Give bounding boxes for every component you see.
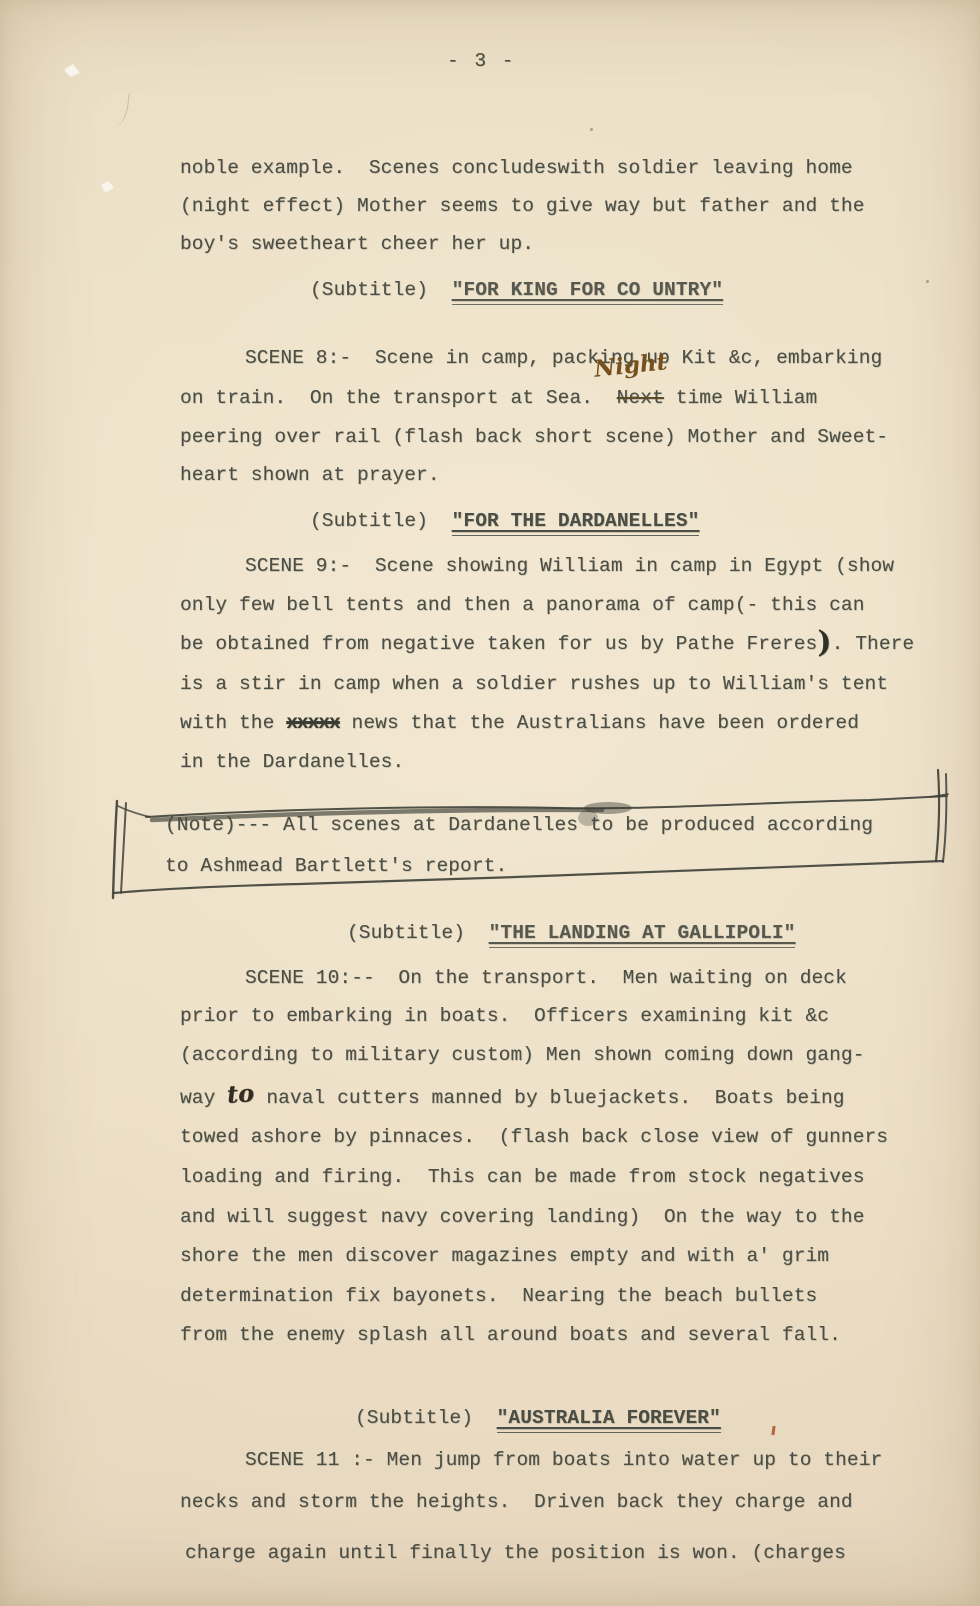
note-line: (Note)--- All scenes at Dardanelles to b… [165,812,873,838]
faint-pencil-mark [111,91,129,126]
typed-line: noble example. Scenes concludeswith sold… [180,155,853,181]
typed-text: with the [180,712,286,734]
typed-line: determination fix bayonets. Nearing the … [180,1283,817,1309]
subtitle-label: (Subtitle) [355,1407,497,1429]
note-line: to Ashmead Bartlett's report. [165,853,507,879]
typed-text: . There [832,633,915,655]
typed-line: only few bell tents and then a panorama … [180,592,865,618]
typed-line: (night effect) Mother seems to give way … [180,193,865,219]
typed-line: shore the men discover magazines empty a… [180,1243,829,1269]
typed-line: boy's sweetheart cheer her up. [180,231,534,257]
typed-line: with the xxxxx news that the Australians… [180,710,859,736]
scene-heading-line: SCENE 10:-- On the transport. Men waitin… [245,965,847,991]
handwritten-paren-mark: ) [817,638,831,648]
paper-chip-mark [64,64,80,77]
handwritten-to-annotation: to [226,1080,255,1108]
scene-heading-line: SCENE 11 :- Men jump from boats into wat… [245,1447,882,1473]
red-ink-speck [771,1426,775,1435]
subtitle-title: "AUSTRALIA FOREVER" [497,1405,721,1433]
scene-heading-line: SCENE 8:- Scene in camp, packing up Kit … [245,345,882,371]
typed-line: way to naval cutters manned by bluejacke… [180,1082,845,1111]
typed-text: naval cutters manned by bluejackets. Boa… [255,1087,845,1109]
typed-text: be obtained from negative taken for us b… [180,633,817,655]
struck-out-word: Next [617,387,664,409]
subtitle-label: (Subtitle) [310,510,452,532]
typed-line: (according to military custom) Men shown… [180,1042,865,1068]
scene-heading-line: SCENE 9:- Scene showing William in camp … [245,553,894,579]
subtitle-title: "FOR THE DARDANELLES" [452,508,700,536]
typed-line: necks and storm the heights. Driven back… [180,1489,853,1515]
typed-line: towed ashore by pinnaces. (flash back cl… [180,1124,888,1150]
typed-line: peering over rail (flash back short scen… [180,424,888,450]
typed-line: prior to embarking in boats. Officers ex… [180,1003,829,1029]
subtitle-line: (Subtitle) "FOR KING FOR CO UNTRY" [310,277,723,305]
typed-text: way [180,1087,227,1109]
typed-line: charge again until finally the position … [185,1540,846,1566]
paper-speck [590,128,593,131]
typed-line: be obtained from negative taken for us b… [180,631,914,657]
subtitle-label: (Subtitle) [347,922,489,944]
subtitle-title: "FOR KING FOR CO UNTRY" [452,277,723,305]
subtitle-line: (Subtitle) "FOR THE DARDANELLES" [310,508,699,536]
typed-line: on train. On the transport at Sea. Next … [180,385,817,411]
paper-chip-mark [101,181,114,193]
subtitle-line: (Subtitle) "AUSTRALIA FOREVER" [355,1405,721,1433]
paper-speck [926,280,929,283]
typed-line: loading and firing. This can be made fro… [180,1164,865,1190]
typed-line: and will suggest navy covering landing) … [180,1204,865,1230]
subtitle-title: "THE LANDING AT GALLIPOLI" [489,920,796,948]
subtitle-line: (Subtitle) "THE LANDING AT GALLIPOLI" [347,920,795,948]
subtitle-label: (Subtitle) [310,279,452,301]
typed-line: is a stir in camp when a soldier rushes … [180,671,888,697]
page-number: - 3 - [447,48,516,74]
typewritten-script-page: - 3 - noble example. Scenes concludeswit… [0,0,980,1606]
typed-text: on train. On the transport at Sea. [180,387,617,409]
crossed-out-word: xxxxx [286,712,340,734]
typed-line: from the enemy splash all around boats a… [180,1322,841,1348]
typed-text: time William [664,387,817,409]
typed-text: news that the Australians have been orde… [340,712,859,734]
typed-line: in the Dardanelles. [180,749,404,775]
typed-line: heart shown at prayer. [180,462,440,488]
